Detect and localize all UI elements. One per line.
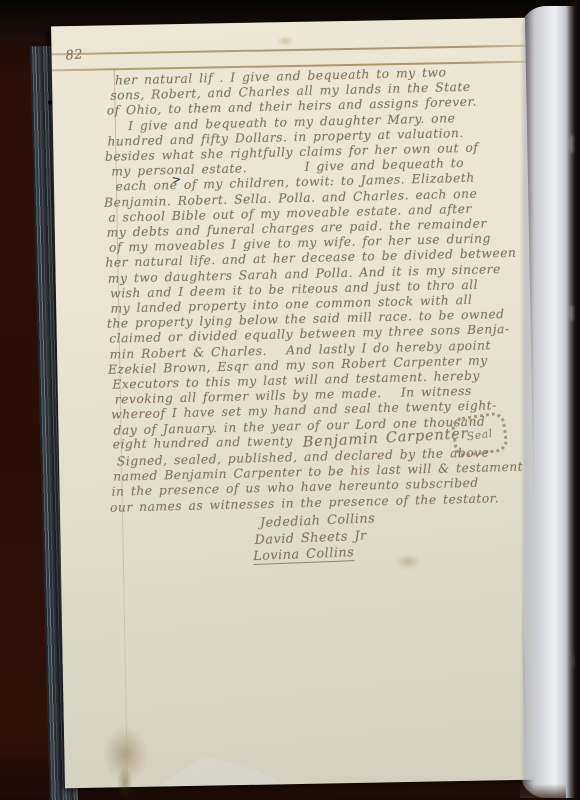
seal-label: Seal: [466, 426, 494, 443]
photographed-ledger-scene: 82 > her natural lif . I give and bequea…: [0, 0, 580, 800]
header-rule-top: [52, 45, 526, 56]
witness-signatures: Jedediah Collins David Sheets Jr Lovina …: [251, 507, 376, 561]
page-number: 82: [65, 47, 84, 63]
sleeve-corner-wedge: [156, 752, 285, 786]
will-body-text: her natural lif . I give and bequeath to…: [115, 64, 524, 439]
document-page: 82 > her natural lif . I give and bequea…: [51, 18, 539, 789]
witness-signature: Lovina Collins: [253, 545, 355, 565]
sleeve-bottom-shadow: [520, 784, 566, 798]
backdrop-right-shade: [566, 0, 580, 800]
ink-blot: [48, 100, 52, 105]
attestation-text: Signed, sealed, published, and declared …: [123, 444, 534, 515]
closing-line: eight hundred and twenty: [113, 434, 293, 451]
page-stain: [276, 36, 294, 46]
page-stain: [395, 554, 421, 570]
